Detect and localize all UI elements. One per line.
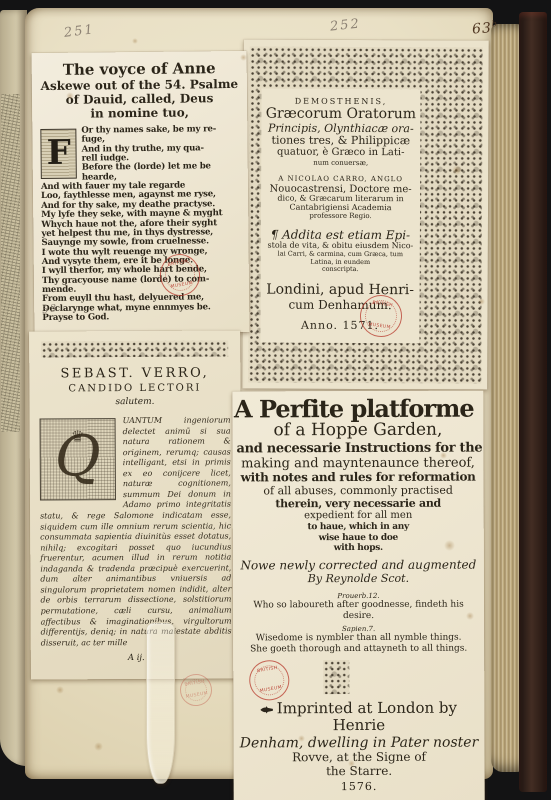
signature-mark: A ij.	[41, 653, 232, 664]
manicule-icon	[261, 705, 274, 714]
imprint-line: Denham, dwelling in Pater noster	[237, 734, 480, 751]
ink-folio-sup: b	[491, 19, 498, 28]
stamp-text: MUSEUM	[252, 684, 290, 695]
author-line: By Reynolde Scot.	[237, 573, 480, 587]
ink-folio-number: 63	[471, 20, 492, 37]
title-line: conscripta.	[264, 265, 417, 273]
platforme-title: A Perfite platforme	[228, 396, 479, 422]
askewe-poem: F Or thy names sake, be my re- fuge, And…	[40, 125, 241, 324]
ornament-border: DEMOSTHENIS, Græcorum Oratorum Principis…	[248, 46, 482, 383]
verro-cutting: SEBAST. VERRO, CANDIDO LECTORI salutem. …	[29, 330, 242, 679]
stamp-text: BRITISH	[180, 680, 210, 690]
engraving-sliver	[1, 94, 20, 432]
stamp-text: BRITISH	[362, 300, 402, 310]
woodcut-initial-f: F	[40, 129, 77, 179]
title-line: Græcorum Oratorum	[264, 107, 417, 123]
title-line: num conuersæ,	[264, 160, 417, 168]
title-line: of a Hoppe Garden,	[236, 421, 479, 442]
scripture-quote: Who so laboureth after goodnesse, findet…	[237, 600, 480, 622]
verro-preface: ♛ Q UANTUM ingeniorum delectet animū si …	[40, 416, 232, 649]
title-line: therein, very necessarie and	[237, 497, 480, 511]
vellum-tab	[146, 622, 175, 784]
printer-ornament	[323, 660, 349, 694]
askewe-cutting: The voyce of Anne Askewe out of the 54. …	[32, 51, 250, 334]
imprint-line: Imprinted at London by Henrie	[237, 700, 480, 736]
foxing-spot	[66, 92, 74, 100]
title-line: quatuor, è Græco in Lati-	[264, 147, 417, 159]
askewe-title-main: The voyce of Anne	[40, 60, 239, 79]
imprint-line: the Starre.	[238, 764, 481, 779]
imprint-text: Imprinted at London by Henrie	[277, 699, 457, 735]
platforme-cutting: A Perfite platforme of a Hoppe Garden, a…	[232, 391, 484, 800]
foxing-spot	[440, 452, 447, 459]
facing-page-edge	[0, 10, 27, 766]
pencil-folio-252: 252	[329, 16, 361, 34]
foxing-spot	[132, 38, 138, 44]
initial-letter-q: Q	[55, 424, 101, 489]
foxing-spot	[452, 165, 462, 175]
scripture-quote: Wisedome is nymbler than all nymble thin…	[237, 633, 480, 644]
stamp-text: BRITISH	[248, 665, 286, 676]
imprint-line: Londini, apud Henri-	[264, 283, 417, 299]
book-fore-edge	[491, 24, 521, 772]
photo-backdrop: 251 252 63b 53 The voyce of Anne Askewe …	[0, 0, 551, 800]
verro-heading: CANDIDO LECTORI	[39, 383, 230, 396]
imprint-ornament-row: BRITISH MUSEUM	[237, 658, 480, 701]
foxing-spot	[478, 298, 485, 305]
ornament-headpiece	[41, 341, 228, 358]
demosthenis-cutting: DEMOSTHENIS, Græcorum Oratorum Principis…	[242, 39, 489, 389]
title-line: professore Regio.	[264, 213, 417, 221]
verro-salutation: salutem.	[39, 396, 230, 407]
scripture-quote: She goeth thorough and attayneth to all …	[237, 643, 480, 654]
foxing-spot	[444, 540, 455, 551]
foxing-spot	[56, 686, 64, 694]
book-binding	[519, 12, 547, 792]
stamp-text: MUSEUM	[182, 691, 212, 701]
stamp-text: MUSEUM	[359, 322, 399, 332]
foxing-spot	[94, 742, 103, 751]
ink-folio-63: 63b	[471, 19, 498, 37]
title-line: tiones tres, & Philippicæ	[264, 134, 417, 147]
british-museum-stamp: BRITISH MUSEUM	[246, 657, 292, 703]
foxing-spot	[348, 760, 355, 767]
title-line: expedient for all men	[237, 510, 480, 522]
foxing-spot	[240, 54, 247, 61]
foxing-spot	[298, 735, 305, 742]
date-line: 1576.	[238, 780, 481, 794]
stamp-text: BRITISH	[159, 259, 197, 270]
foxing-spot	[466, 612, 474, 620]
verro-heading: SEBAST. VERRO,	[39, 366, 230, 382]
woodcut-initial-q: ♛ Q	[40, 418, 116, 500]
